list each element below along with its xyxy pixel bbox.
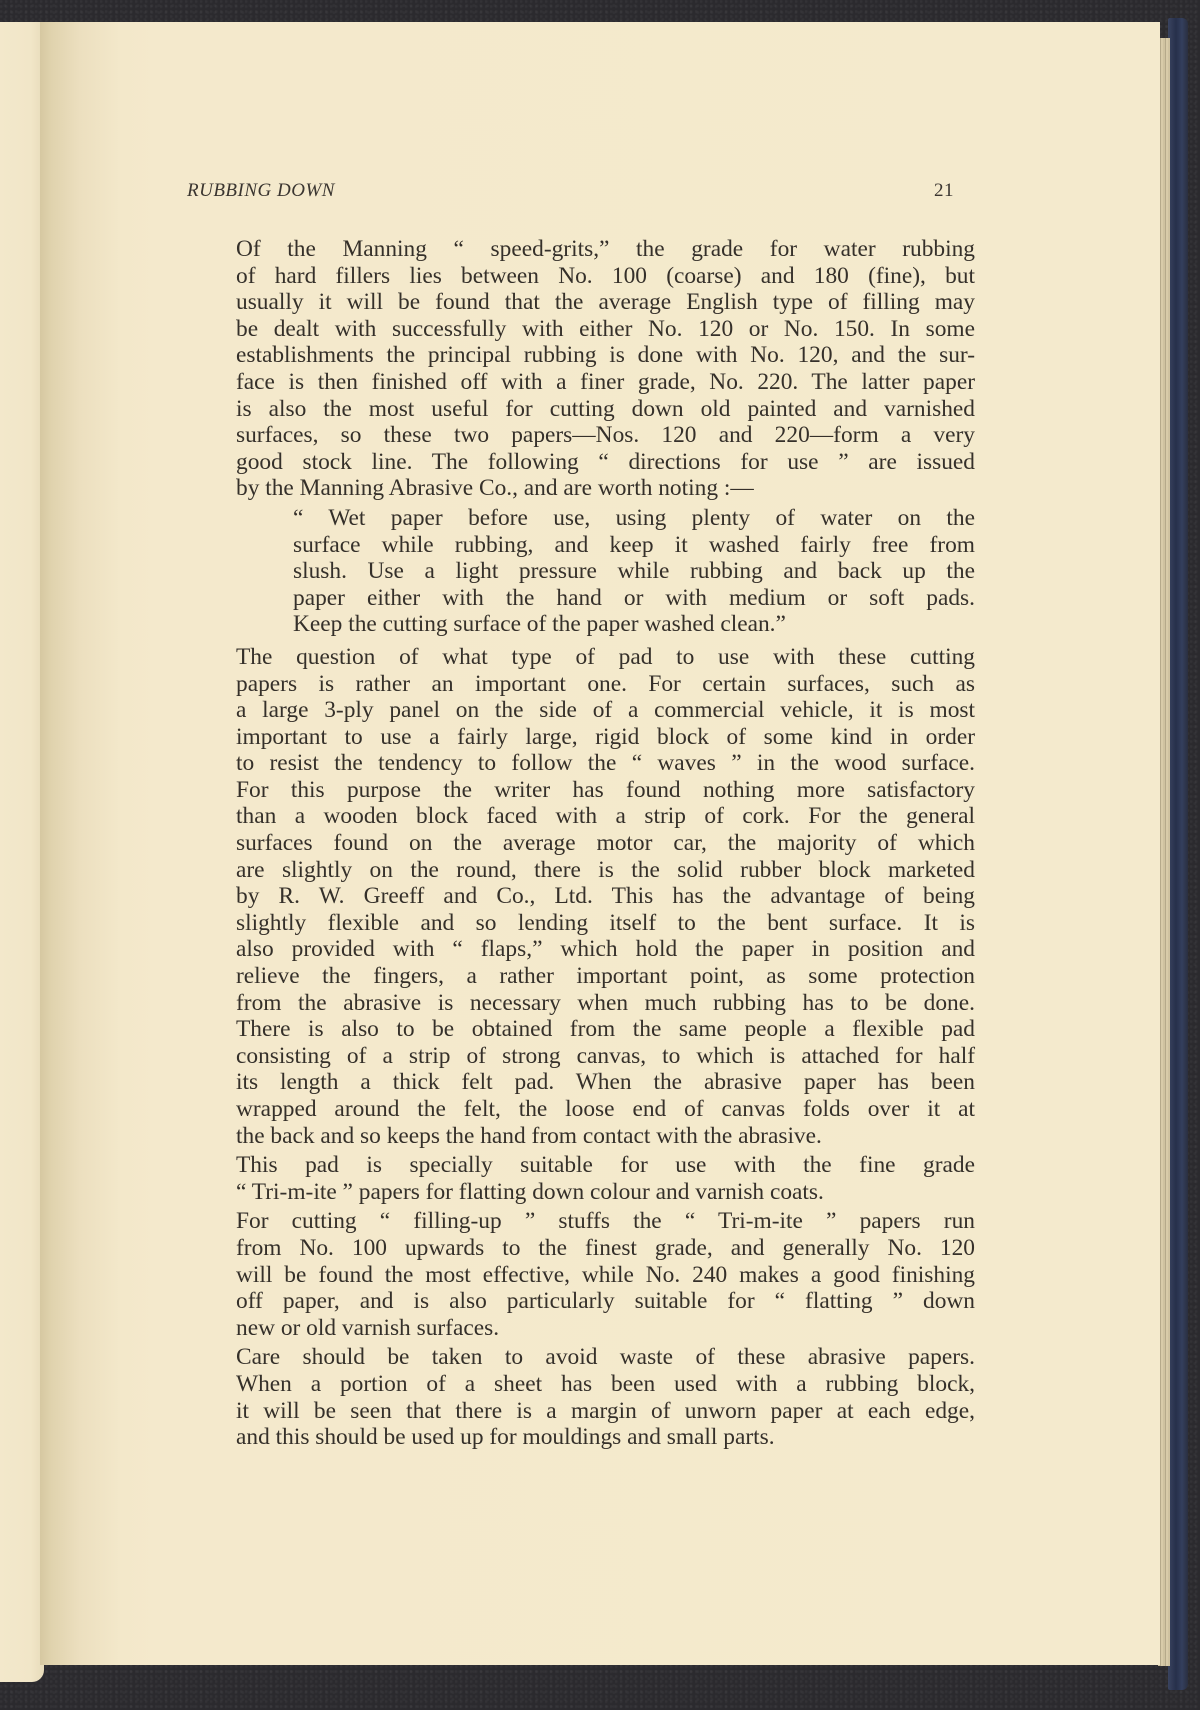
text-line: surfaces, so these two papers—Nos. 120 a… (186, 422, 975, 449)
text-line: wrapped around the felt, the loose end o… (186, 1096, 975, 1123)
paragraph: For cutting “ filling-up ” stuffs the “ … (186, 1208, 975, 1341)
text-line: “ Tri-m-ite ” papers for flatting down c… (186, 1179, 975, 1206)
text-line: be dealt with successfully with either N… (186, 316, 975, 343)
block-quote: “ Wet paper before use, using plenty of … (235, 505, 975, 638)
text-line: “ Wet paper before use, using plenty of … (235, 505, 975, 532)
text-line: the back and so keeps the hand from cont… (186, 1123, 975, 1150)
text-line: paper either with the hand or with mediu… (235, 585, 975, 612)
text-line: off paper, and is also particularly suit… (186, 1288, 975, 1315)
text-line: papers is rather an important one. For c… (186, 671, 975, 698)
text-line: Keep the cutting surface of the paper wa… (235, 611, 975, 638)
text-line: good stock line. The following “ directi… (186, 449, 975, 476)
text-line: The question of what type of pad to use … (186, 644, 975, 671)
text-line: a large 3-ply panel on the side of a com… (186, 697, 975, 724)
text-line: There is also to be obtained from the sa… (186, 1016, 975, 1043)
text-line: surface while rubbing, and keep it washe… (235, 532, 975, 559)
text-line: establishments the principal rubbing is … (186, 342, 975, 369)
text-line: usually it will be found that the averag… (186, 289, 975, 316)
text-line: new or old varnish surfaces. (186, 1315, 975, 1342)
text-line: are slightly on the round, there is the … (186, 857, 975, 884)
text-line: important to use a fairly large, rigid b… (186, 724, 975, 751)
text-line: This pad is specially suitable for use w… (186, 1152, 975, 1179)
text-line: by the Manning Abrasive Co., and are wor… (186, 475, 975, 502)
text-line: also provided with “ flaps,” which hold … (186, 936, 975, 963)
page-number: 21 (934, 180, 954, 202)
text-line: from the abrasive is necessary when much… (186, 990, 975, 1017)
book-cover-edge (1168, 18, 1188, 1690)
text-line: surfaces found on the average motor car,… (186, 830, 975, 857)
text-line: slightly flexible and so lending itself … (186, 910, 975, 937)
paragraph: Of the Manning “ speed-grits,” the grade… (186, 236, 975, 502)
text-line: it will be seen that there is a margin o… (186, 1398, 975, 1425)
text-line: relieve the fingers, a rather important … (186, 963, 975, 990)
text-line: For cutting “ filling-up ” stuffs the “ … (186, 1208, 975, 1235)
text-line: Of the Manning “ speed-grits,” the grade… (186, 236, 975, 263)
text-line: than a wooden block faced with a strip o… (186, 803, 975, 830)
previous-page-edge (0, 22, 44, 1682)
text-line: and this should be used up for mouldings… (186, 1424, 975, 1451)
text-line: When a portion of a sheet has been used … (186, 1371, 975, 1398)
text-line: by R. W. Greeff and Co., Ltd. This has t… (186, 883, 975, 910)
text-line: to resist the tendency to follow the “ w… (186, 750, 975, 777)
text-line: will be found the most effective, while … (186, 1262, 975, 1289)
text-line: For this purpose the writer has found no… (186, 777, 975, 804)
paragraph: This pad is specially suitable for use w… (186, 1152, 975, 1205)
running-head: RUBBING DOWN 21 (187, 180, 974, 202)
text-line: from No. 100 upwards to the finest grade… (186, 1235, 975, 1262)
text-line: is also the most useful for cutting down… (186, 396, 975, 423)
body-text: Of the Manning “ speed-grits,” the grade… (186, 236, 975, 1451)
text-line: its length a thick felt pad. When the ab… (186, 1069, 975, 1096)
text-line: slush. Use a light pressure while rubbin… (235, 558, 975, 585)
text-line: face is then finished off with a finer g… (186, 369, 975, 396)
text-line: of hard fillers lies between No. 100 (co… (186, 263, 975, 290)
text-line: consisting of a strip of strong canvas, … (186, 1043, 975, 1070)
paragraph: Care should be taken to avoid waste of t… (186, 1344, 975, 1450)
text-line: Care should be taken to avoid waste of t… (186, 1344, 975, 1371)
running-head-title: RUBBING DOWN (187, 180, 335, 201)
paragraph: The question of what type of pad to use … (186, 644, 975, 1149)
